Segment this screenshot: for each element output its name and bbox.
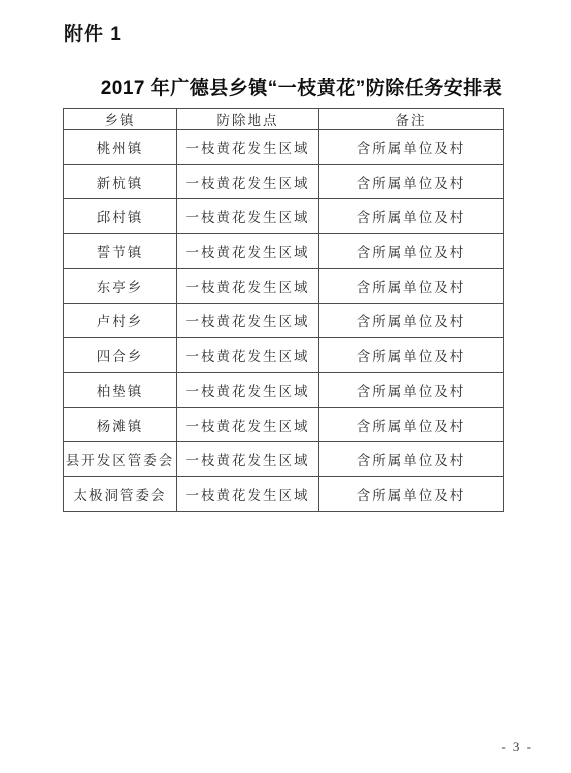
column-header-location: 防除地点	[177, 109, 319, 130]
location-cell: 一枝黄花发生区域	[177, 338, 319, 373]
township-cell: 桃州镇	[64, 130, 177, 165]
page-title: 2017 年广德县乡镇“一枝黄花”防除任务安排表	[0, 73, 571, 100]
table-header-row: 乡镇 防除地点 备注	[64, 109, 504, 130]
table-row: 新杭镇 一枝黄花发生区域 含所属单位及村	[64, 164, 504, 199]
location-cell: 一枝黄花发生区域	[177, 130, 319, 165]
location-cell: 一枝黄花发生区域	[177, 234, 319, 269]
township-cell: 誓节镇	[64, 234, 177, 269]
column-header-township: 乡镇	[64, 109, 177, 130]
township-cell: 东亭乡	[64, 268, 177, 303]
task-table: 乡镇 防除地点 备注 桃州镇 一枝黄花发生区域 含所属单位及村 新杭镇 一枝黄花…	[63, 108, 504, 512]
remarks-cell: 含所属单位及村	[319, 199, 504, 234]
township-cell: 新杭镇	[64, 164, 177, 199]
location-cell: 一枝黄花发生区域	[177, 373, 319, 408]
attachment-label: 附件 1	[64, 19, 122, 46]
location-cell: 一枝黄花发生区域	[177, 477, 319, 512]
remarks-cell: 含所属单位及村	[319, 164, 504, 199]
location-cell: 一枝黄花发生区域	[177, 164, 319, 199]
remarks-cell: 含所属单位及村	[319, 268, 504, 303]
document-page: 附件 1 2017 年广德县乡镇“一枝黄花”防除任务安排表 乡镇 防除地点 备注…	[0, 0, 571, 773]
remarks-cell: 含所属单位及村	[319, 338, 504, 373]
table-row: 柏垫镇 一枝黄花发生区域 含所属单位及村	[64, 373, 504, 408]
location-cell: 一枝黄花发生区域	[177, 199, 319, 234]
table-row: 卢村乡 一枝黄花发生区域 含所属单位及村	[64, 303, 504, 338]
township-cell: 卢村乡	[64, 303, 177, 338]
township-cell: 四合乡	[64, 338, 177, 373]
remarks-cell: 含所属单位及村	[319, 303, 504, 338]
table-row: 桃州镇 一枝黄花发生区域 含所属单位及村	[64, 130, 504, 165]
remarks-cell: 含所属单位及村	[319, 130, 504, 165]
township-cell: 县开发区管委会	[64, 442, 177, 477]
remarks-cell: 含所属单位及村	[319, 477, 504, 512]
township-cell: 杨滩镇	[64, 407, 177, 442]
location-cell: 一枝黄花发生区域	[177, 442, 319, 477]
column-header-remarks: 备注	[319, 109, 504, 130]
township-cell: 邱村镇	[64, 199, 177, 234]
location-cell: 一枝黄花发生区域	[177, 268, 319, 303]
table-row: 县开发区管委会 一枝黄花发生区域 含所属单位及村	[64, 442, 504, 477]
table-row: 邱村镇 一枝黄花发生区域 含所属单位及村	[64, 199, 504, 234]
table-row: 四合乡 一枝黄花发生区域 含所属单位及村	[64, 338, 504, 373]
table-row: 誓节镇 一枝黄花发生区域 含所属单位及村	[64, 234, 504, 269]
location-cell: 一枝黄花发生区域	[177, 407, 319, 442]
table-row: 太极洞管委会 一枝黄花发生区域 含所属单位及村	[64, 477, 504, 512]
location-cell: 一枝黄花发生区域	[177, 303, 319, 338]
table-row: 杨滩镇 一枝黄花发生区域 含所属单位及村	[64, 407, 504, 442]
remarks-cell: 含所属单位及村	[319, 234, 504, 269]
remarks-cell: 含所属单位及村	[319, 373, 504, 408]
remarks-cell: 含所属单位及村	[319, 407, 504, 442]
page-number: - 3 -	[501, 739, 533, 755]
township-cell: 太极洞管委会	[64, 477, 177, 512]
township-cell: 柏垫镇	[64, 373, 177, 408]
table-row: 东亭乡 一枝黄花发生区域 含所属单位及村	[64, 268, 504, 303]
remarks-cell: 含所属单位及村	[319, 442, 504, 477]
